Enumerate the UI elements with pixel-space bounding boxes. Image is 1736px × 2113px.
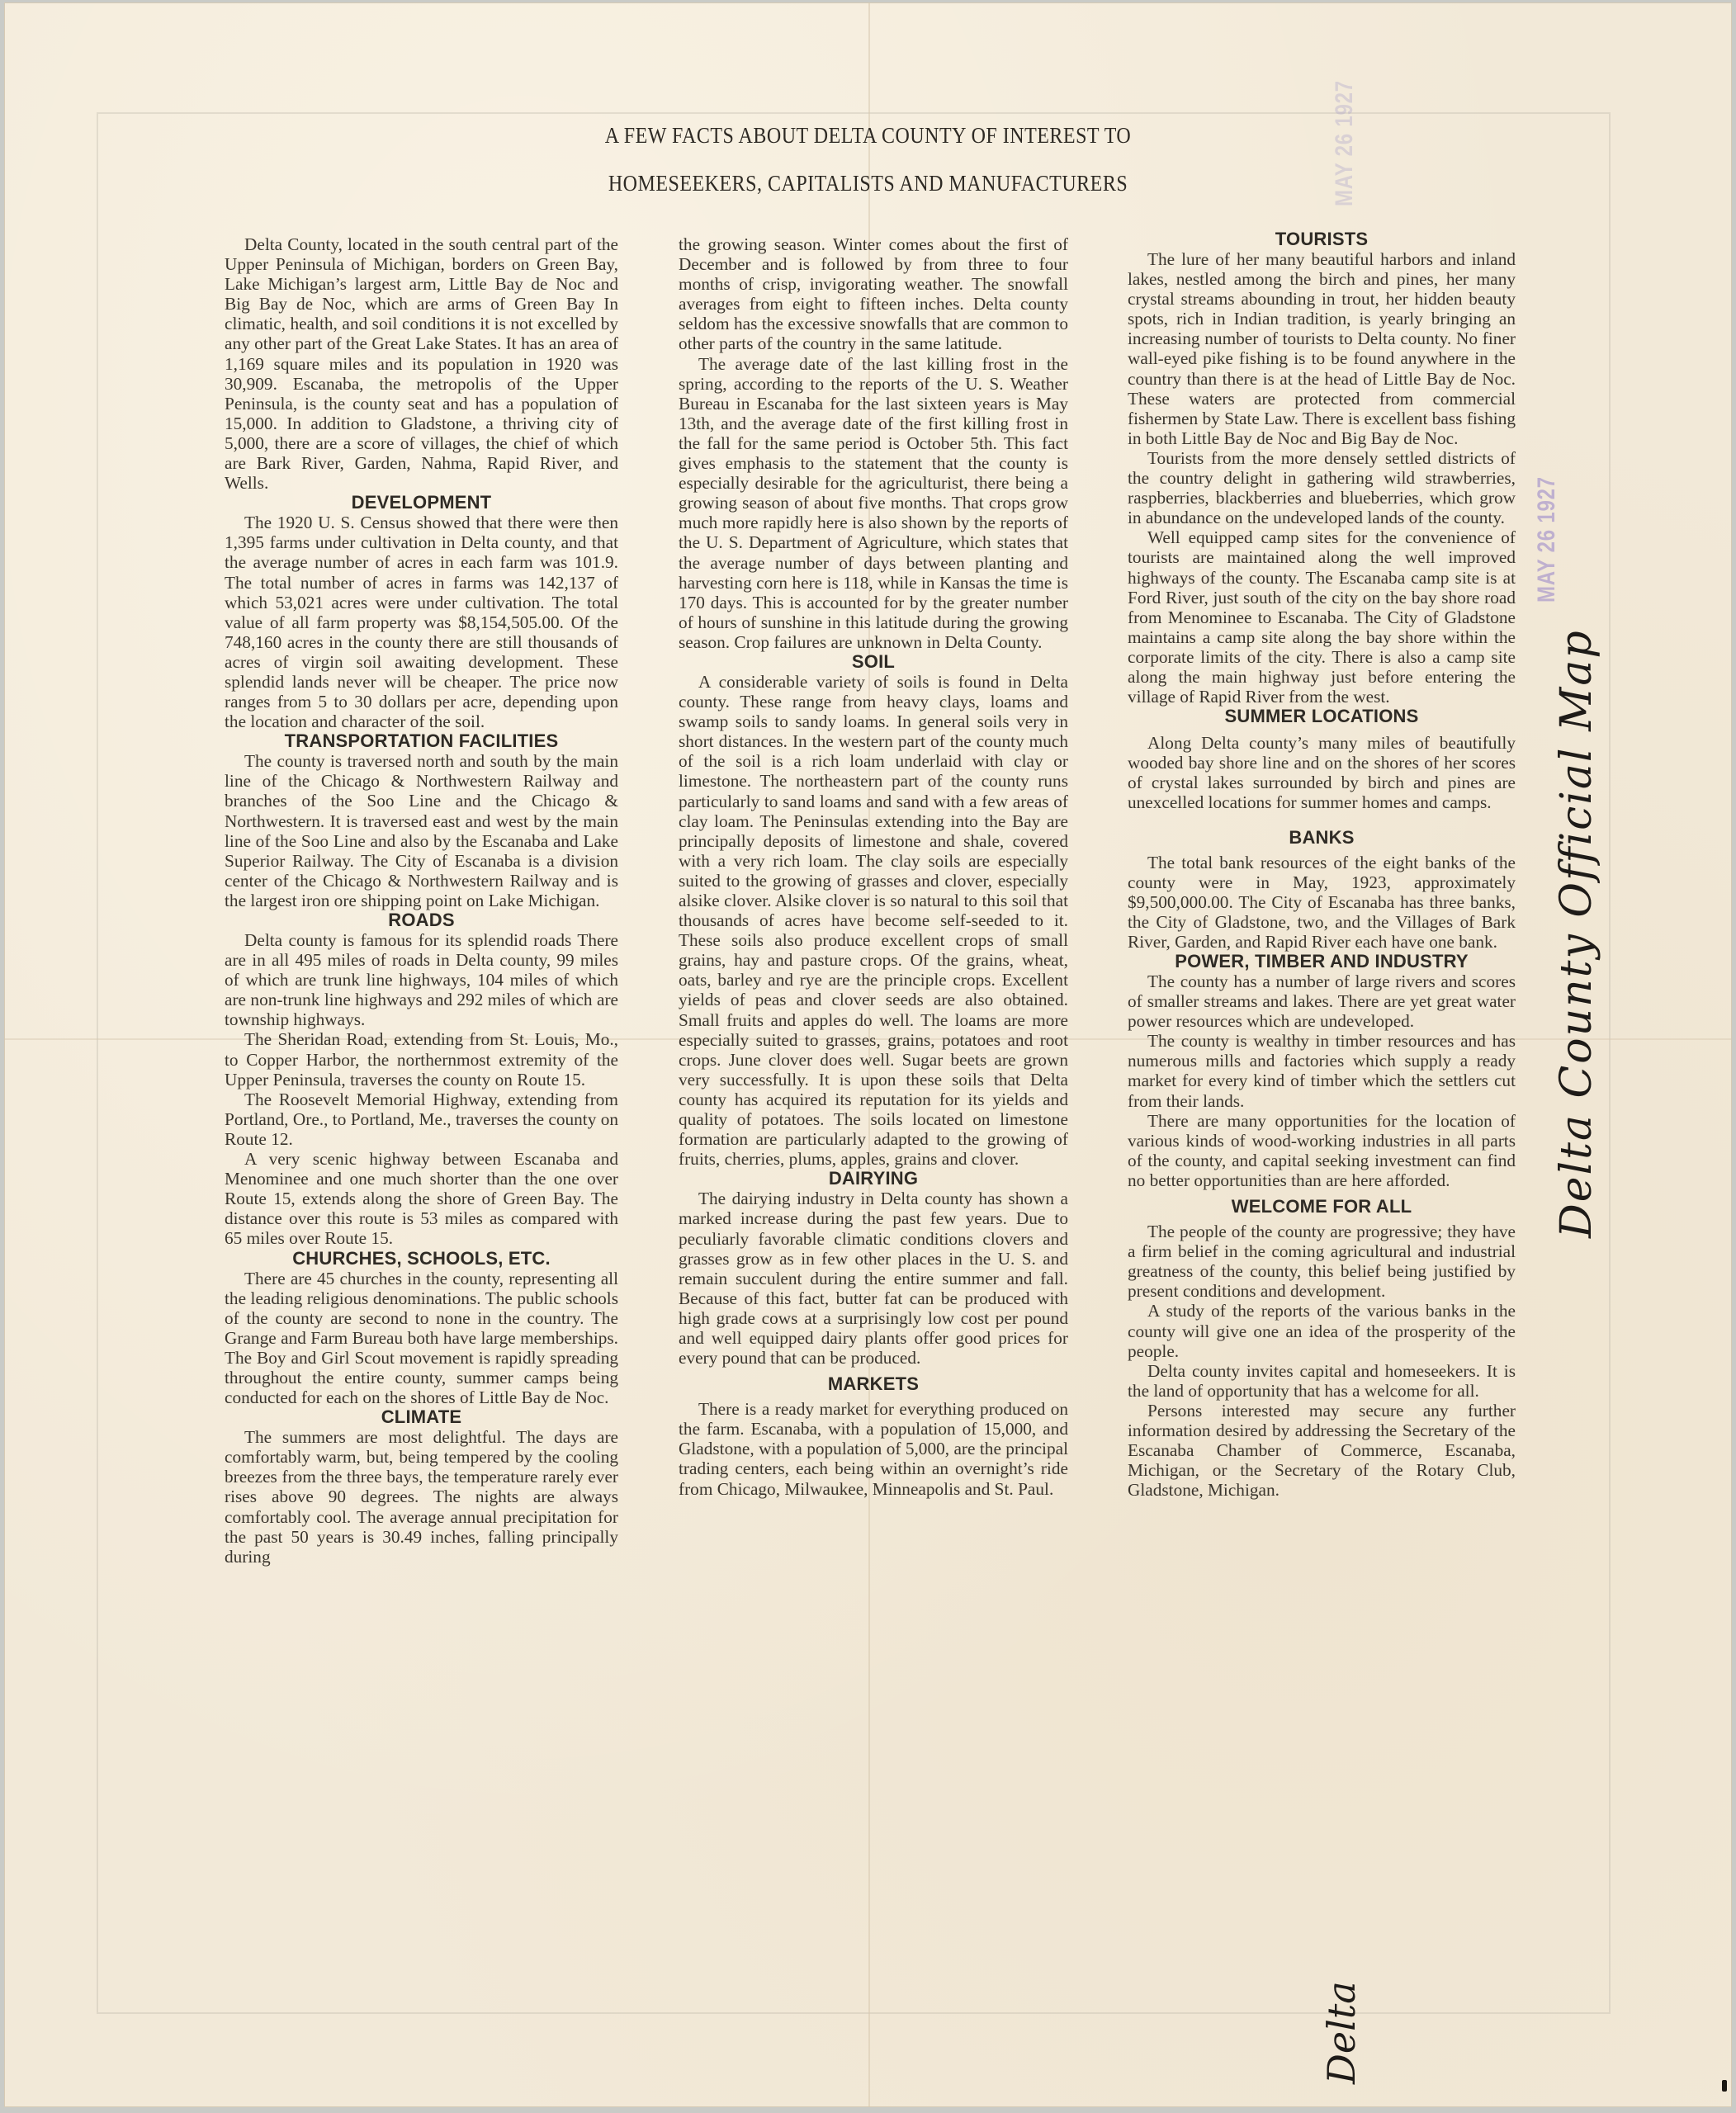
section-heading-roads: ROADS bbox=[225, 910, 618, 930]
power-paragraph: There are many opportunities for the loc… bbox=[1128, 1111, 1516, 1190]
churches-paragraph: There are 45 churches in the county, rep… bbox=[225, 1269, 618, 1408]
section-heading-transportation: TRANSPORTATION FACILITIES bbox=[225, 731, 618, 751]
dairying-paragraph: The dairying industry in Delta county ha… bbox=[679, 1189, 1068, 1368]
welcome-paragraph: Persons interested may secure any fur­th… bbox=[1128, 1401, 1516, 1500]
tourists-paragraph: Well equipped camp sites for the con­ven… bbox=[1128, 527, 1516, 707]
soil-paragraph: A considerable variety of soils is found… bbox=[679, 672, 1068, 1169]
date-stamp-faded: MAY 26 1927 bbox=[1331, 80, 1359, 206]
column-left: Delta County, located in the south cen­t… bbox=[225, 234, 618, 1567]
climate-continued-paragraph: the growing season. Winter comes about t… bbox=[679, 234, 1068, 354]
date-stamp: MAY 26 1927 bbox=[1533, 476, 1561, 603]
power-paragraph: The county has a number of large rivers … bbox=[1128, 971, 1516, 1031]
tourists-paragraph: The lure of her many beautiful harbors a… bbox=[1128, 249, 1516, 448]
handwritten-note-official-map: Delta County Official Map bbox=[1552, 629, 1601, 1238]
section-heading-churches: CHURCHES, SCHOOLS, ETC. bbox=[225, 1249, 618, 1269]
transportation-paragraph: The county is traversed north and south … bbox=[225, 751, 618, 910]
section-heading-summer-locations: SUMMER LOCATIONS bbox=[1128, 707, 1516, 726]
edge-ink-mark bbox=[1722, 2080, 1727, 2092]
column-right: TOURISTS The lure of her many beautiful … bbox=[1128, 229, 1516, 1500]
banks-paragraph: The total bank resources of the eight ba… bbox=[1128, 853, 1516, 952]
intro-paragraph: Delta County, located in the south cen­t… bbox=[225, 234, 618, 493]
section-heading-welcome: WELCOME FOR ALL bbox=[1128, 1197, 1516, 1217]
power-paragraph: The county is wealthy in timber re­sourc… bbox=[1128, 1031, 1516, 1110]
welcome-paragraph: The people of the county are progres­siv… bbox=[1128, 1222, 1516, 1301]
frost-paragraph: The average date of the last killing fro… bbox=[679, 354, 1068, 652]
development-paragraph: The 1920 U. S. Census showed that there … bbox=[225, 513, 618, 731]
roads-paragraph: The Roosevelt Memorial Highway, ex­tendi… bbox=[225, 1090, 618, 1149]
section-heading-soil: SOIL bbox=[679, 652, 1068, 672]
document-title-line-2: HOMESEEKERS, CAPITALISTS AND MANUFACTURE… bbox=[0, 172, 1736, 197]
column-middle: the growing season. Winter comes about t… bbox=[679, 234, 1068, 1499]
section-heading-power: POWER, TIMBER AND INDUSTRY bbox=[1128, 952, 1516, 971]
climate-paragraph: The summers are most delightful. The day… bbox=[225, 1427, 618, 1567]
welcome-paragraph: A study of the reports of the various ba… bbox=[1128, 1301, 1516, 1360]
section-heading-dairying: DAIRYING bbox=[679, 1169, 1068, 1189]
markets-paragraph: There is a ready market for everything p… bbox=[679, 1399, 1068, 1498]
document-title-line-1: A FEW FACTS ABOUT DELTA COUNTY OF INTERE… bbox=[0, 124, 1736, 149]
roads-paragraph: The Sheridan Road, extending from St. Lo… bbox=[225, 1029, 618, 1089]
roads-paragraph: A very scenic highway between Escana­ba … bbox=[225, 1149, 618, 1248]
section-heading-development: DEVELOPMENT bbox=[225, 493, 618, 513]
tourists-paragraph: Tourists from the more densely settled d… bbox=[1128, 448, 1516, 527]
section-heading-tourists: TOURISTS bbox=[1128, 229, 1516, 249]
roads-paragraph: Delta county is famous for its splendid … bbox=[225, 930, 618, 1029]
section-heading-climate: CLIMATE bbox=[225, 1407, 618, 1427]
section-heading-markets: MARKETS bbox=[679, 1374, 1068, 1394]
summer-paragraph: Along Delta county’s many miles of beaut… bbox=[1128, 733, 1516, 812]
welcome-paragraph: Delta county invites capital and home­se… bbox=[1128, 1361, 1516, 1401]
section-heading-banks: BANKS bbox=[1128, 828, 1516, 848]
handwritten-note-delta: Delta bbox=[1319, 1981, 1364, 2084]
